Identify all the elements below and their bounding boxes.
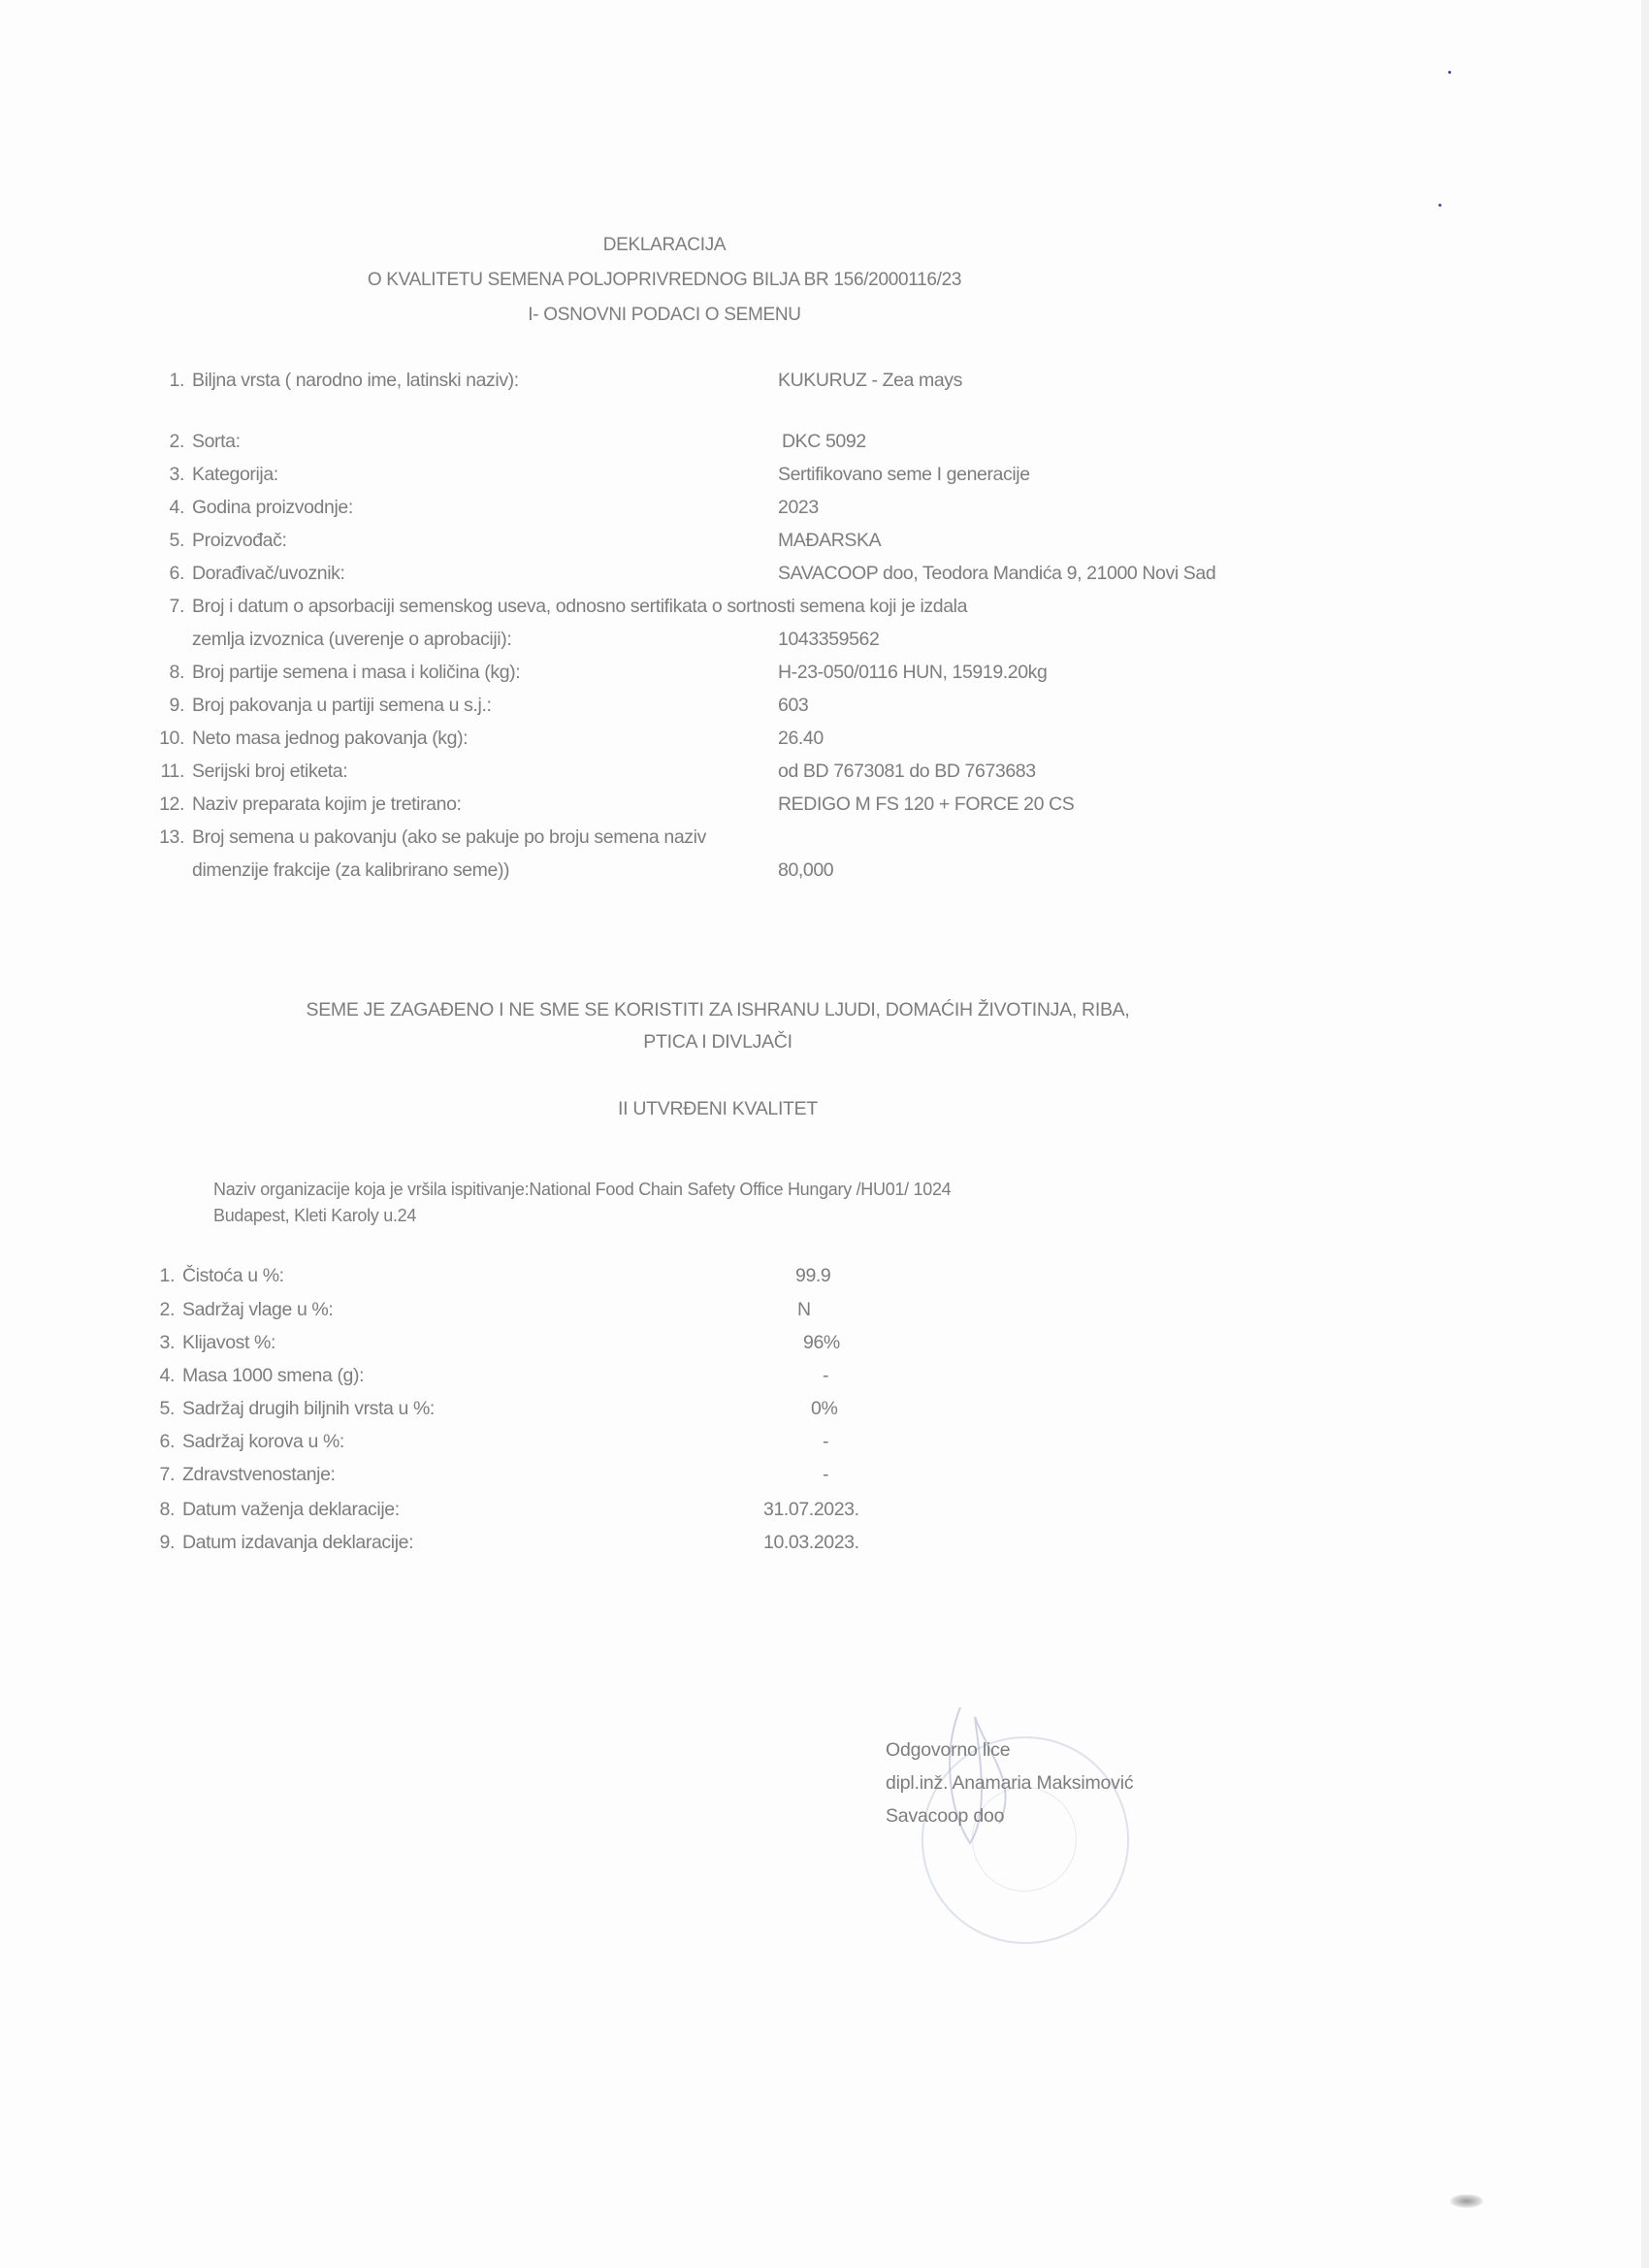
item-label: Proizvođač: <box>192 530 286 552</box>
item-label: Kategorija: <box>192 464 278 486</box>
item-value: 26.40 <box>778 728 824 750</box>
contamination-warning-line1: SEME JE ZAGAĐENO I NE SME SE KORISTITI Z… <box>0 999 1436 1021</box>
item-label: Neto masa jednog pakovanja (kg): <box>192 728 468 750</box>
item-number: 1. <box>136 1265 175 1287</box>
item-number: 9. <box>136 1532 175 1554</box>
item-value: od BD 7673081 do BD 7673683 <box>778 761 1036 783</box>
item-value: SAVACOOP doo, Teodora Mandića 9, 21000 N… <box>778 563 1215 585</box>
item-number: 8. <box>136 1499 175 1521</box>
item-value: DKC 5092 <box>782 431 866 453</box>
item-label: Godina proizvodnje: <box>192 497 353 519</box>
item-number: 8. <box>145 662 184 684</box>
item-number: 2. <box>145 431 184 453</box>
item-value: 0% <box>811 1398 837 1420</box>
item-label: Datum važenja deklaracije: <box>182 1499 400 1521</box>
item-value: 10.03.2023. <box>763 1532 859 1554</box>
item-label: Zdravstvenostanje: <box>182 1464 336 1486</box>
contamination-warning-line2: PTICA I DIVLJAČI <box>0 1031 1436 1053</box>
item-number: 7. <box>145 596 184 618</box>
item-label: Datum izdavanja deklaracije: <box>182 1532 413 1554</box>
item-label: Klijavost %: <box>182 1332 275 1354</box>
signatory-company: Savacoop doo <box>886 1799 1004 1832</box>
item-value: 603 <box>778 695 808 717</box>
item-value: N <box>797 1299 811 1321</box>
scan-speck <box>1448 71 1451 74</box>
item-label: Dorađivač/uvoznik: <box>192 563 345 585</box>
document-subtitle: O KVALITETU SEMENA POLJOPRIVREDNOG BILJA… <box>0 270 1329 291</box>
item-number: 7. <box>136 1464 175 1486</box>
document-title: DEKLARACIJA <box>0 235 1329 256</box>
item-value: 2023 <box>778 497 819 519</box>
section-quality-heading: II UTVRĐENI KVALITET <box>0 1098 1436 1120</box>
item-number: 3. <box>136 1332 175 1354</box>
item-value: 31.07.2023. <box>763 1499 859 1521</box>
item-value: 99.9 <box>795 1265 830 1287</box>
item-label: Čistoća u %: <box>182 1265 284 1287</box>
item-value: KUKURUZ - Zea mays <box>778 370 962 392</box>
item-label: Broj i datum o apsorbaciji semenskog use… <box>192 596 967 618</box>
item-value: 1043359562 <box>778 629 879 651</box>
item-value: - <box>823 1365 828 1387</box>
item-number: 4. <box>145 497 184 519</box>
item-value: - <box>823 1464 828 1486</box>
item-value: 80,000 <box>778 859 833 882</box>
item-label: Serijski broj etiketa: <box>192 761 347 783</box>
item-label: Broj partije semena i masa i količina (k… <box>192 662 520 684</box>
item-number: 5. <box>136 1398 175 1420</box>
item-label: Sorta: <box>192 431 241 453</box>
item-number: 13. <box>145 826 184 849</box>
item-value: REDIGO M FS 120 + FORCE 20 CS <box>778 794 1074 816</box>
item-label: Sadržaj drugih biljnih vrsta u %: <box>182 1398 435 1420</box>
testing-organization-line2: Budapest, Kleti Karoly u.24 <box>213 1203 416 1229</box>
item-label: Broj pakovanja u partiji semena u s.j.: <box>192 695 491 717</box>
section-basic-data-heading: I- OSNOVNI PODACI O SEMENU <box>0 305 1329 326</box>
signatory-title: Odgovorno lice <box>886 1733 1010 1766</box>
item-label: Broj semena u pakovanju (ako se pakuje p… <box>192 826 706 849</box>
item-number: 9. <box>145 695 184 717</box>
item-number: 4. <box>136 1365 175 1387</box>
item-number: 11. <box>145 761 184 783</box>
item-label: Sadržaj korova u %: <box>182 1431 344 1453</box>
item-number: 2. <box>136 1299 175 1321</box>
page-edge <box>1641 0 1649 2268</box>
signatory-name: dipl.inž. Anamaria Maksimović <box>886 1766 1133 1799</box>
item-value: 96% <box>803 1332 840 1354</box>
item-value: Sertifikovano seme I generacije <box>778 464 1030 486</box>
item-label-continued: dimenzije frakcije (za kalibrirano seme)… <box>192 859 509 882</box>
item-label-continued: zemlja izvoznica (uverenje o aprobaciji)… <box>192 629 511 651</box>
item-number: 12. <box>145 794 184 816</box>
testing-organization-line1: Naziv organizacije koja je vršila ispiti… <box>213 1177 951 1203</box>
item-number: 6. <box>136 1431 175 1453</box>
item-number: 5. <box>145 530 184 552</box>
item-number: 1. <box>145 370 184 392</box>
item-number: 10. <box>145 728 184 750</box>
item-label: Naziv preparata kojim je tretirano: <box>192 794 462 816</box>
item-label: Biljna vrsta ( narodno ime, latinski naz… <box>192 370 519 392</box>
item-value: - <box>823 1431 828 1453</box>
scan-speck <box>1439 204 1441 207</box>
item-value: H-23-050/0116 HUN, 15919.20kg <box>778 662 1047 684</box>
item-label: Sadržaj vlage u %: <box>182 1299 333 1321</box>
item-value: MAĐARSKA <box>778 530 881 552</box>
item-label: Masa 1000 smena (g): <box>182 1365 364 1387</box>
item-number: 6. <box>145 563 184 585</box>
item-number: 3. <box>145 464 184 486</box>
scan-smudge <box>1450 2194 1483 2208</box>
